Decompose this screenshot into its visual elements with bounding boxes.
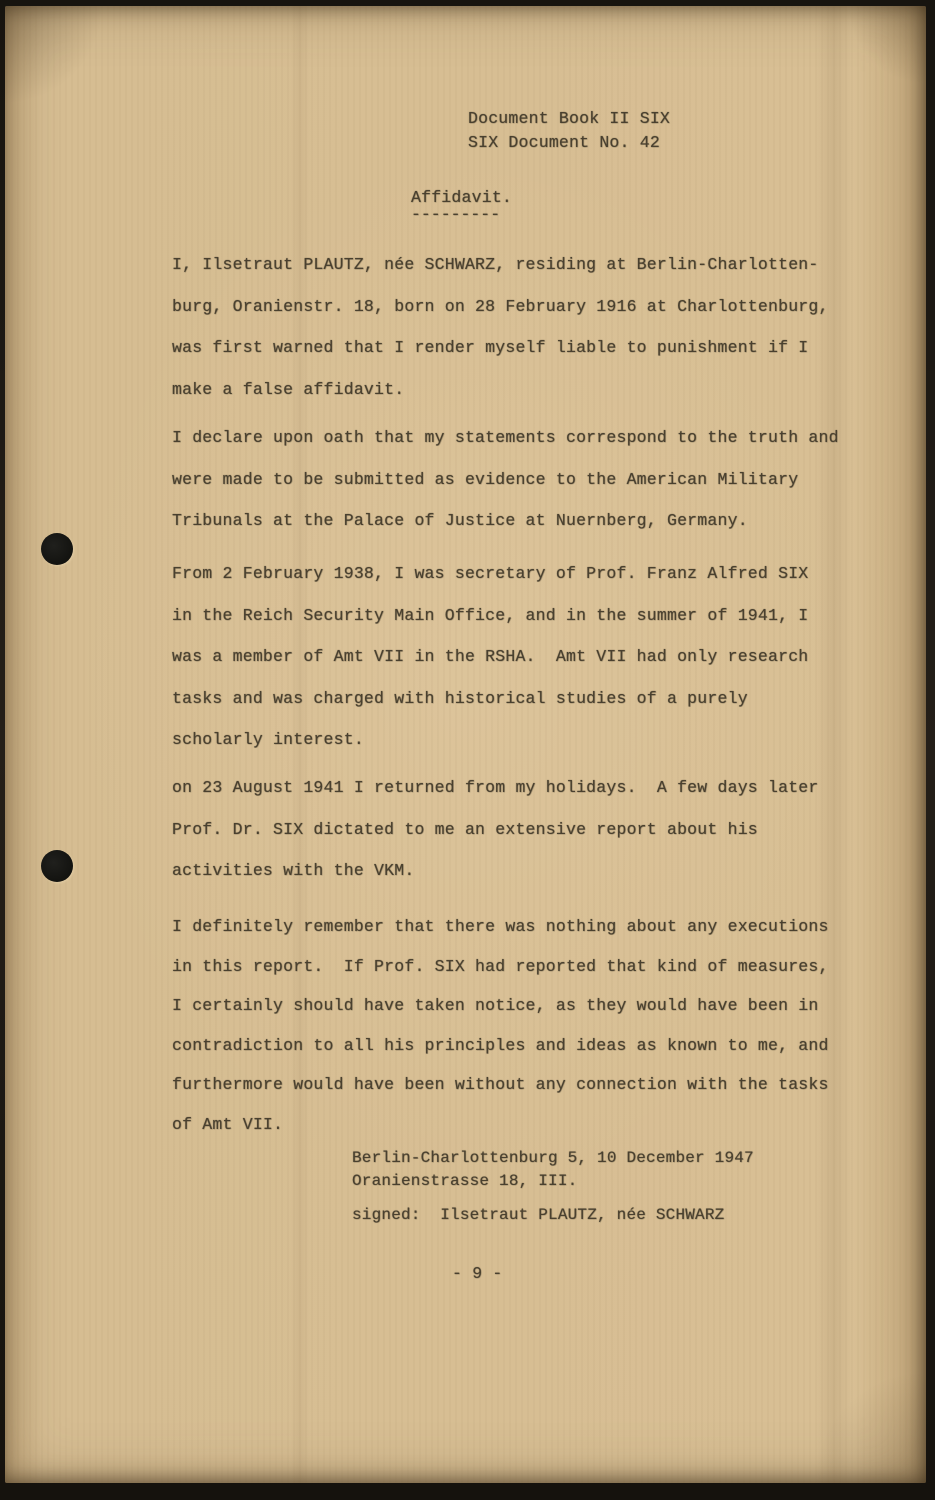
scan-background: Document Book II SIX SIX Document No. 42… bbox=[0, 0, 935, 1500]
signature-place-date: Berlin-Charlottenburg 5, 10 December 194… bbox=[352, 1147, 754, 1192]
paragraph-secretary: From 2 February 1938, I was secretary of… bbox=[172, 553, 852, 761]
paragraph-identity: I, Ilsetraut PLAUTZ, née SCHWARZ, residi… bbox=[172, 244, 852, 410]
hole-punch-bottom bbox=[41, 850, 73, 882]
document-header: Document Book II SIX SIX Document No. 42 bbox=[468, 107, 670, 154]
document-page: Document Book II SIX SIX Document No. 42… bbox=[5, 6, 926, 1483]
hole-punch-top bbox=[41, 533, 73, 565]
paragraph-executions: I definitely remember that there was not… bbox=[172, 907, 852, 1144]
title-underline: --------- bbox=[411, 205, 500, 224]
page-number: - 9 - bbox=[452, 1264, 503, 1283]
paragraph-holidays: on 23 August 1941 I returned from my hol… bbox=[172, 767, 852, 892]
signature-line: signed: Ilsetraut PLAUTZ, née SCHWARZ bbox=[352, 1206, 724, 1224]
paragraph-oath: I declare upon oath that my statements c… bbox=[172, 417, 852, 542]
